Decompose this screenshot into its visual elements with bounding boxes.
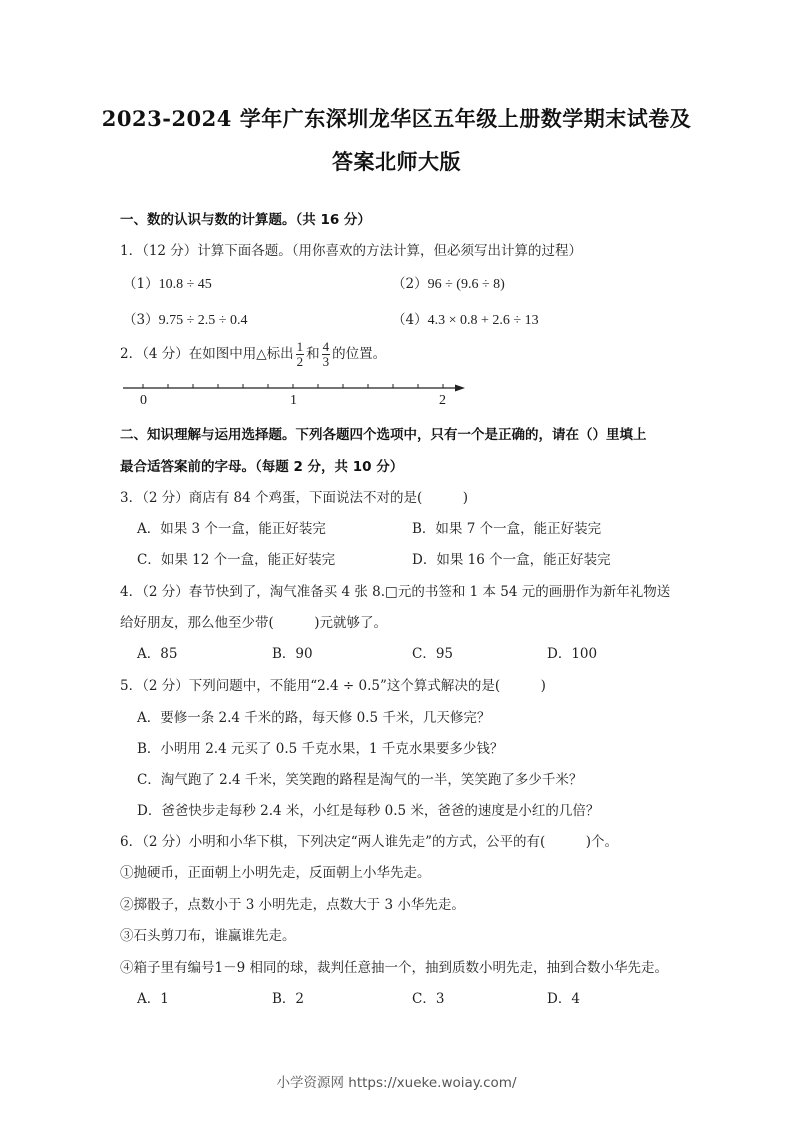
q6-option-a: A．1 <box>137 987 169 1007</box>
section-heading-2-line2: 最合适答案前的字母。（每题 2 分，共 10 分） <box>120 455 403 475</box>
document-title-line2: 答案北师大版 <box>0 146 793 176</box>
q1-item-3-label: （3） <box>123 312 159 328</box>
footer-watermark: 小学资源网 https://xueke.woiay.com/ <box>0 1071 793 1091</box>
q2-suffix: 的位置。 <box>332 346 386 362</box>
q4-option-b: B．90 <box>272 642 313 662</box>
q6-statement-1: ①抛硬币，正面朝上小明先走，反面朝上小华先走。 <box>120 861 431 881</box>
q5-option-a: A．要修一条 2.4 千米的路，每天修 0.5 千米，几天修完？ <box>137 706 490 726</box>
question-4-stem-line2: 给好朋友，那么他至少带( )元就够了。 <box>120 611 387 631</box>
q4-option-c: C．95 <box>412 642 453 662</box>
q3-option-d: D．如果 16 个一盒，能正好装完 <box>412 548 611 568</box>
question-6-stem: 6．（2 分）小明和小华下棋，下列决定“两人谁先走”的方式，公平的有( )个。 <box>120 830 618 850</box>
q3-option-b: B．如果 7 个一盒，能正好装完 <box>412 517 601 537</box>
fraction-four-thirds: 43 <box>322 340 331 369</box>
number-line-label-2: 2 <box>439 393 446 409</box>
question-4-stem-line1: 4．（2 分）春节快到了，淘气准备买 4 张 8.□元的书签和 1 本 54 元… <box>120 580 670 600</box>
q4-option-d: D．100 <box>547 642 597 662</box>
q4-option-a: A．85 <box>137 642 177 662</box>
q3-option-a: A．如果 3 个一盒，能正好装完 <box>137 517 326 537</box>
q6-option-d: D．4 <box>547 987 580 1007</box>
q5-option-d: D．爸爸快步走每秒 2.4 米，小红是每秒 0.5 米，爸爸的速度是小红的几倍？ <box>137 799 599 819</box>
q5-option-b: B．小明用 2.4 元买了 0.5 千克水果，1 千克水果要多少钱？ <box>137 737 503 757</box>
q1-item-4-label: （4） <box>392 312 428 328</box>
number-line-label-1: 1 <box>290 393 297 409</box>
q1-item-1-label: （1） <box>123 276 159 292</box>
fraction-one-half: 12 <box>296 340 305 369</box>
q1-item-4-expr: 4.3 × 0.8 + 2.6 ÷ 13 <box>428 313 539 328</box>
q1-item-2: （2）96 ÷ (9.6 ÷ 8) <box>392 272 505 293</box>
q1-item-2-expr: 96 ÷ (9.6 ÷ 8) <box>428 277 505 292</box>
section-heading-2-line1: 二、知识理解与运用选择题。下列各题四个选项中，只有一个是正确的，请在（）里填上 <box>120 423 647 443</box>
q1-item-4: （4）4.3 × 0.8 + 2.6 ÷ 13 <box>392 308 539 329</box>
arrow-head-icon <box>455 385 465 392</box>
q1-item-1-expr: 10.8 ÷ 45 <box>159 277 212 292</box>
q2-prefix: 2．（4 分）在如图中用△标出 <box>120 346 294 362</box>
question-5-stem: 5．（2 分）下列问题中，不能用“2.4 ÷ 0.5”这个算式解决的是( ) <box>120 674 546 694</box>
q6-statement-3: ③石头剪刀布，谁赢谁先走。 <box>120 924 296 944</box>
number-line <box>122 380 472 410</box>
q6-option-b: B．2 <box>272 987 304 1007</box>
section-heading-1: 一、数的认识与数的计算题。（共 16 分） <box>120 208 371 228</box>
document-title-line1: 2023-2024 学年广东深圳龙华区五年级上册数学期末试卷及 <box>0 103 793 133</box>
q3-option-c: C．如果 12 个一盒，能正好装完 <box>137 548 335 568</box>
q5-option-c: C．淘气跑了 2.4 千米，笑笑跑的路程是淘气的一半，笑笑跑了多少千米？ <box>137 768 582 788</box>
q2-mid: 和 <box>306 346 320 362</box>
q1-item-2-label: （2） <box>392 276 428 292</box>
question-3-stem: 3．（2 分）商店有 84 个鸡蛋，下面说法不对的是( ) <box>120 486 468 506</box>
q1-item-3: （3）9.75 ÷ 2.5 ÷ 0.4 <box>123 308 247 329</box>
question-1-stem: 1．（12 分）计算下面各题。（用你喜欢的方法计算，但必须写出计算的过程） <box>120 239 582 259</box>
q6-statement-4: ④箱子里有编号1－9 相同的球，裁判任意抽一个，抽到质数小明先走，抽到合数小华先… <box>120 956 668 976</box>
q6-statement-2: ②掷骰子，点数小于 3 小明先走，点数大于 3 小华先走。 <box>120 893 465 913</box>
q6-option-c: C．3 <box>412 987 444 1007</box>
number-line-label-0: 0 <box>140 393 147 409</box>
q1-item-3-expr: 9.75 ÷ 2.5 ÷ 0.4 <box>159 313 248 328</box>
question-2-stem: 2．（4 分）在如图中用△标出12和43的位置。 <box>120 340 386 369</box>
q1-item-1: （1）10.8 ÷ 45 <box>123 272 212 293</box>
